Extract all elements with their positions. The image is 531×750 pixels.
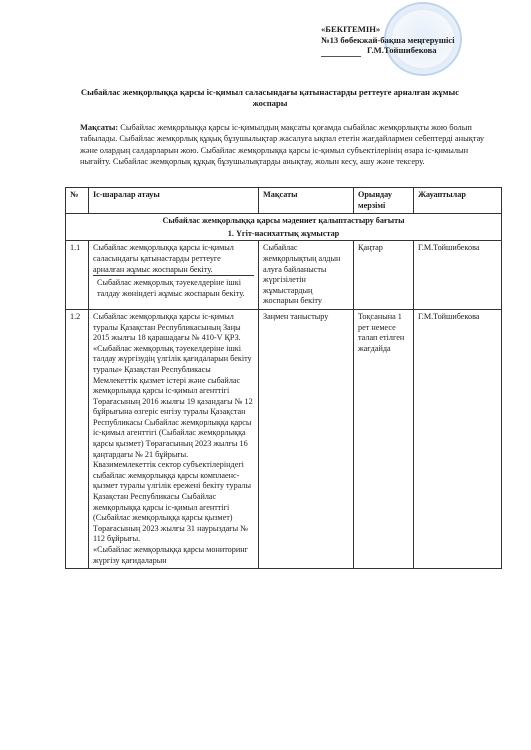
row-goal: Сыбайлас жемқорлықтың алдын алуға байлан…: [259, 241, 354, 310]
goal-text: Сыбайлас жемқорлыққа қарсы іс-қимылдың м…: [80, 123, 484, 166]
table-header-row: № Іс-шаралар атауы Мақсаты Орындау мерзі…: [66, 188, 502, 214]
header-responsible: Жауаптылар: [414, 188, 502, 214]
table-row: 1.1 Сыбайлас жемқорлыққа қарсы іс-қимыл …: [66, 241, 502, 310]
goal-paragraph: Мақсаты: Сыбайлас жемқорлыққа қарсы іс-қ…: [80, 122, 500, 168]
activity-item: «Сыбайлас жемқорлық тәуекелдеріне ішкі т…: [93, 344, 254, 461]
row-responsible: Г.М.Тойшибекова: [414, 241, 502, 310]
approval-position: №13 бөбекжай-бақша меңгерушісі: [321, 35, 455, 46]
header-num: №: [66, 188, 89, 214]
row-deadline: Тоқсанына 1 рет немесе талап етілген жағ…: [354, 309, 414, 568]
activity-item: Сыбайлас жемқорлыққа қарсы іс-қимыл тура…: [93, 312, 254, 344]
approval-name: Г.М.Тойшибекова: [367, 45, 437, 55]
goal-label: Мақсаты:: [80, 123, 118, 132]
row-num: 1.1: [66, 241, 89, 310]
subsection-title: 1. Үгіт-насихаттық жұмыстар: [66, 229, 502, 241]
row-activities: Сыбайлас жемқорлыққа қарсы іс-қимыл сала…: [89, 241, 259, 310]
activity-item: Квазимемлекеттік сектор субъектілеріндег…: [93, 460, 254, 545]
header-activities: Іс-шаралар атауы: [89, 188, 259, 214]
row-goal: Заңмен таныстыру: [259, 309, 354, 568]
section-title: Сыбайлас жемқорлыққа қарсы мәдениет қалы…: [66, 214, 502, 229]
approval-block: «БЕКІТЕМІН» №13 бөбекжай-бақша меңгеруші…: [321, 24, 455, 56]
plan-table: № Іс-шаралар атауы Мақсаты Орындау мерзі…: [65, 187, 502, 569]
row-activities: Сыбайлас жемқорлыққа қарсы іс-қимыл тура…: [89, 309, 259, 568]
approval-label: «БЕКІТЕМІН»: [321, 24, 455, 35]
document-title: Сыбайлас жемқорлыққа қарсы іс-қимыл сала…: [70, 87, 470, 109]
activity-item: Сыбайлас жемқорлық тәуекелдеріне ішкі та…: [93, 275, 254, 299]
row-num: 1.2: [66, 309, 89, 568]
header-goal: Мақсаты: [259, 188, 354, 214]
signature: [321, 46, 361, 57]
activity-item: Сыбайлас жемқорлыққа қарсы іс-қимыл сала…: [93, 243, 254, 275]
table-row: 1.2 Сыбайлас жемқорлыққа қарсы іс-қимыл …: [66, 309, 502, 568]
header-deadline: Орындау мерзімі: [354, 188, 414, 214]
row-deadline: Қаңтар: [354, 241, 414, 310]
row-responsible: Г.М.Тойшибекова: [414, 309, 502, 568]
activity-item: «Сыбайлас жемқорлыққа қарсы мониторинг ж…: [93, 545, 254, 566]
